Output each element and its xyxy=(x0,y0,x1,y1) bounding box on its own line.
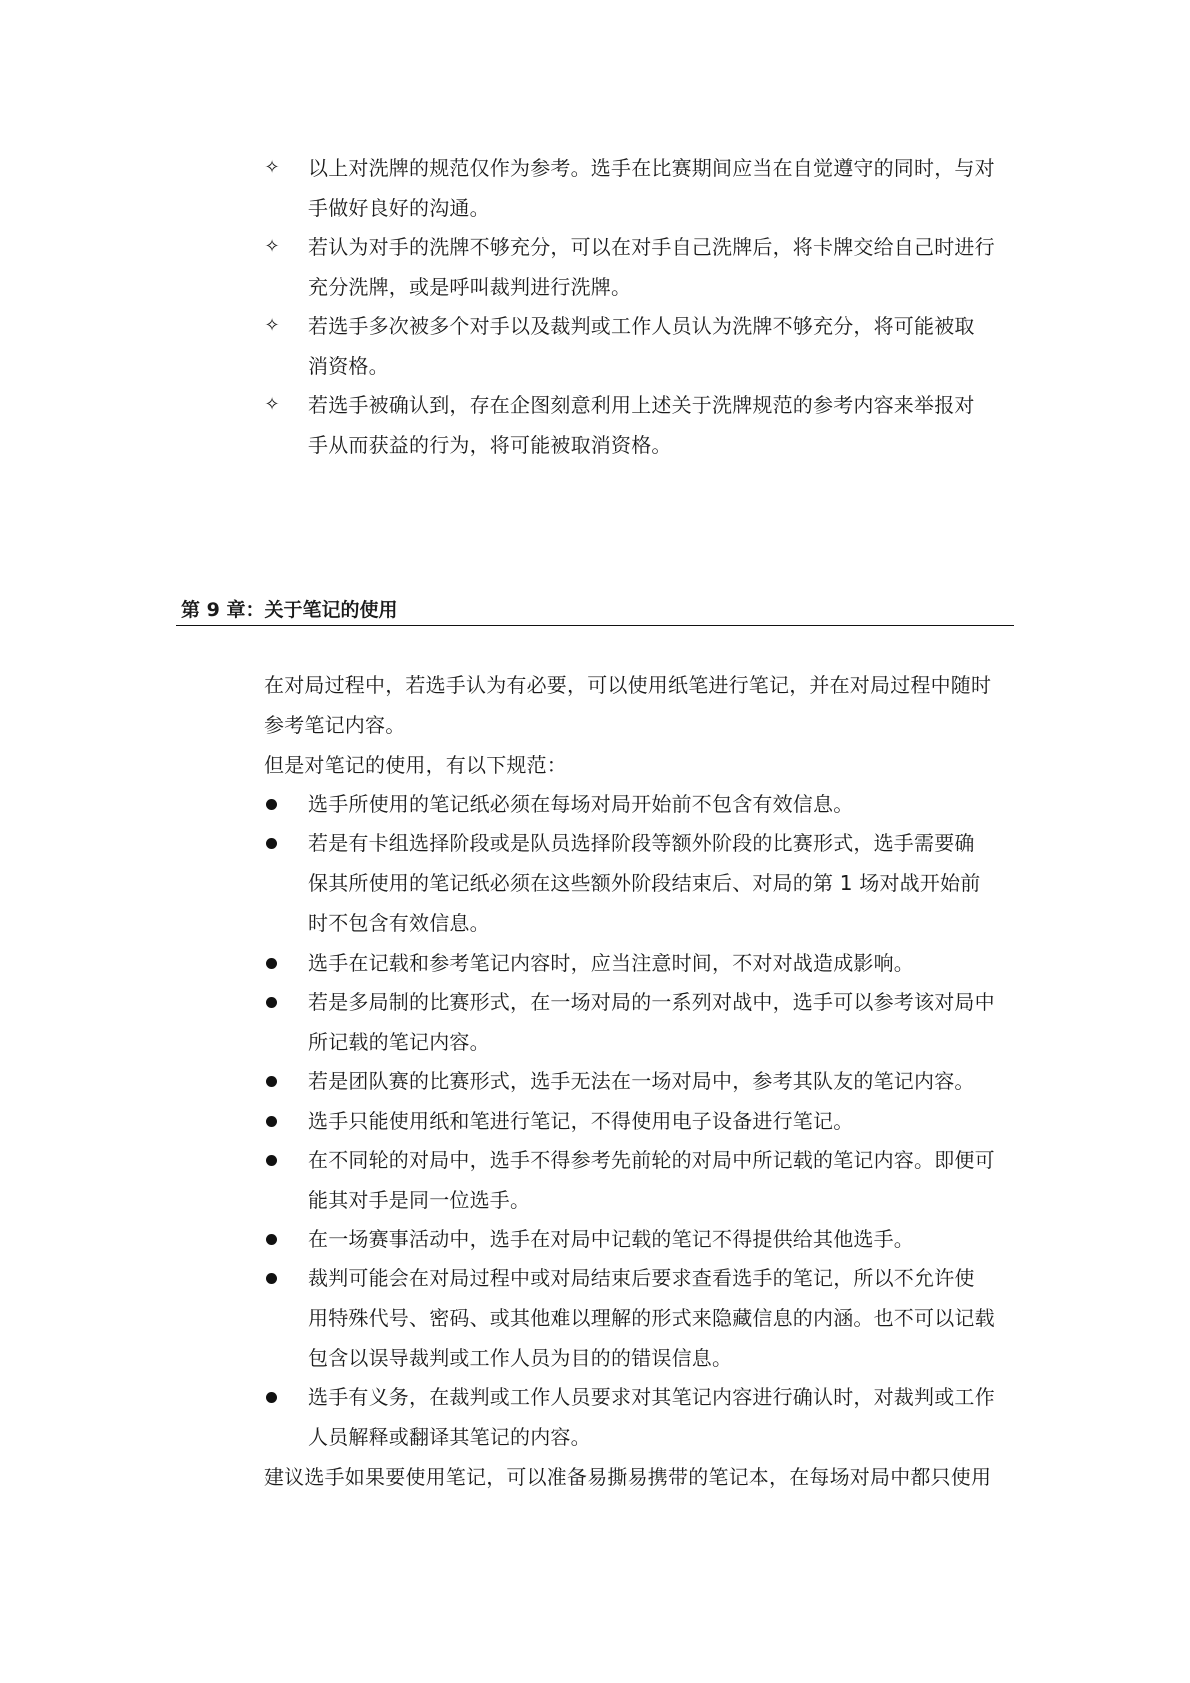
list-item-text: 若选手多次被多个对手以及裁判或工作人员认为洗牌不够充分，将可能被取 xyxy=(308,314,975,338)
list-item-text: 充分洗牌，或是呼叫裁判进行洗牌。 xyxy=(308,275,631,299)
diamond-bullet-icon: ✧ xyxy=(262,393,282,417)
list-item-text: 在一场赛事活动中，选手在对局中记载的笔记不得提供给其他选手。 xyxy=(308,1227,914,1251)
bullet-dot-icon xyxy=(266,1234,277,1245)
diamond-bullet-icon: ✧ xyxy=(262,235,282,259)
list-item-text: 裁判可能会在对局过程中或对局结束后要求查看选手的笔记，所以不允许使 xyxy=(308,1266,975,1290)
intro-paragraph-line: 在对局过程中，若选手认为有必要，可以使用纸笔进行笔记，并在对局过程中随时 xyxy=(264,673,991,697)
bullet-dot-icon xyxy=(266,1392,277,1403)
list-item-text: 手从而获益的行为，将可能被取消资格。 xyxy=(308,433,672,457)
document-page: ✧ 以上对洗牌的规范仅作为参考。选手在比赛期间应当在自觉遵守的同时，与对 手做好… xyxy=(0,0,1190,1683)
list-item-text: 若是有卡组选择阶段或是队员选择阶段等额外阶段的比赛形式，选手需要确 xyxy=(308,831,975,855)
bullet-dot-icon xyxy=(266,1116,277,1127)
chapter-divider xyxy=(176,625,1014,626)
bullet-dot-icon xyxy=(266,838,277,849)
list-item-text: 手做好良好的沟通。 xyxy=(308,196,490,220)
list-item-text: 用特殊代号、密码、或其他难以理解的形式来隐藏信息的内涵。也不可以记载 xyxy=(308,1306,995,1330)
list-item-text: 以上对洗牌的规范仅作为参考。选手在比赛期间应当在自觉遵守的同时，与对 xyxy=(308,156,995,180)
closing-paragraph: 建议选手如果要使用笔记，可以准备易撕易携带的笔记本，在每场对局中都只使用 xyxy=(264,1465,991,1489)
list-item-text: 若选手被确认到，存在企图刻意利用上述关于洗牌规范的参考内容来举报对 xyxy=(308,393,975,417)
list-item-text: 保其所使用的笔记纸必须在这些额外阶段结束后、对局的第 1 场对战开始前 xyxy=(308,871,980,895)
bullet-dot-icon xyxy=(266,958,277,969)
list-item-text: 选手只能使用纸和笔进行笔记，不得使用电子设备进行笔记。 xyxy=(308,1109,853,1133)
bullet-dot-icon xyxy=(266,997,277,1008)
list-item-text: 选手在记载和参考笔记内容时，应当注意时间，不对对战造成影响。 xyxy=(308,951,914,975)
bullet-dot-icon xyxy=(266,799,277,810)
list-item-text: 在不同轮的对局中，选手不得参考先前轮的对局中所记载的笔记内容。即便可 xyxy=(308,1148,995,1172)
list-item-text: 所记载的笔记内容。 xyxy=(308,1030,490,1054)
list-item-text: 能其对手是同一位选手。 xyxy=(308,1188,530,1212)
list-item-text: 选手所使用的笔记纸必须在每场对局开始前不包含有效信息。 xyxy=(308,792,853,816)
bullet-dot-icon xyxy=(266,1076,277,1087)
bullet-dot-icon xyxy=(266,1155,277,1166)
list-item-text: 若认为对手的洗牌不够充分，可以在对手自己洗牌后，将卡牌交给自己时进行 xyxy=(308,235,995,259)
bullet-dot-icon xyxy=(266,1273,277,1284)
list-item-text: 包含以误导裁判或工作人员为目的的错误信息。 xyxy=(308,1346,732,1370)
chapter-title: 第 9 章：关于笔记的使用 xyxy=(181,598,397,622)
list-item-text: 时不包含有效信息。 xyxy=(308,911,490,935)
diamond-bullet-icon: ✧ xyxy=(262,156,282,180)
list-item-text: 若是多局制的比赛形式，在一场对局的一系列对战中，选手可以参考该对局中 xyxy=(308,990,995,1014)
list-item-text: 人员解释或翻译其笔记的内容。 xyxy=(308,1425,591,1449)
list-item-text: 若是团队赛的比赛形式，选手无法在一场对局中，参考其队友的笔记内容。 xyxy=(308,1069,975,1093)
intro-paragraph-line: 参考笔记内容。 xyxy=(264,713,405,737)
diamond-bullet-icon: ✧ xyxy=(262,314,282,338)
list-item-text: 消资格。 xyxy=(308,354,389,378)
lead-paragraph: 但是对笔记的使用，有以下规范： xyxy=(264,753,567,777)
list-item-text: 选手有义务，在裁判或工作人员要求对其笔记内容进行确认时，对裁判或工作 xyxy=(308,1385,995,1409)
